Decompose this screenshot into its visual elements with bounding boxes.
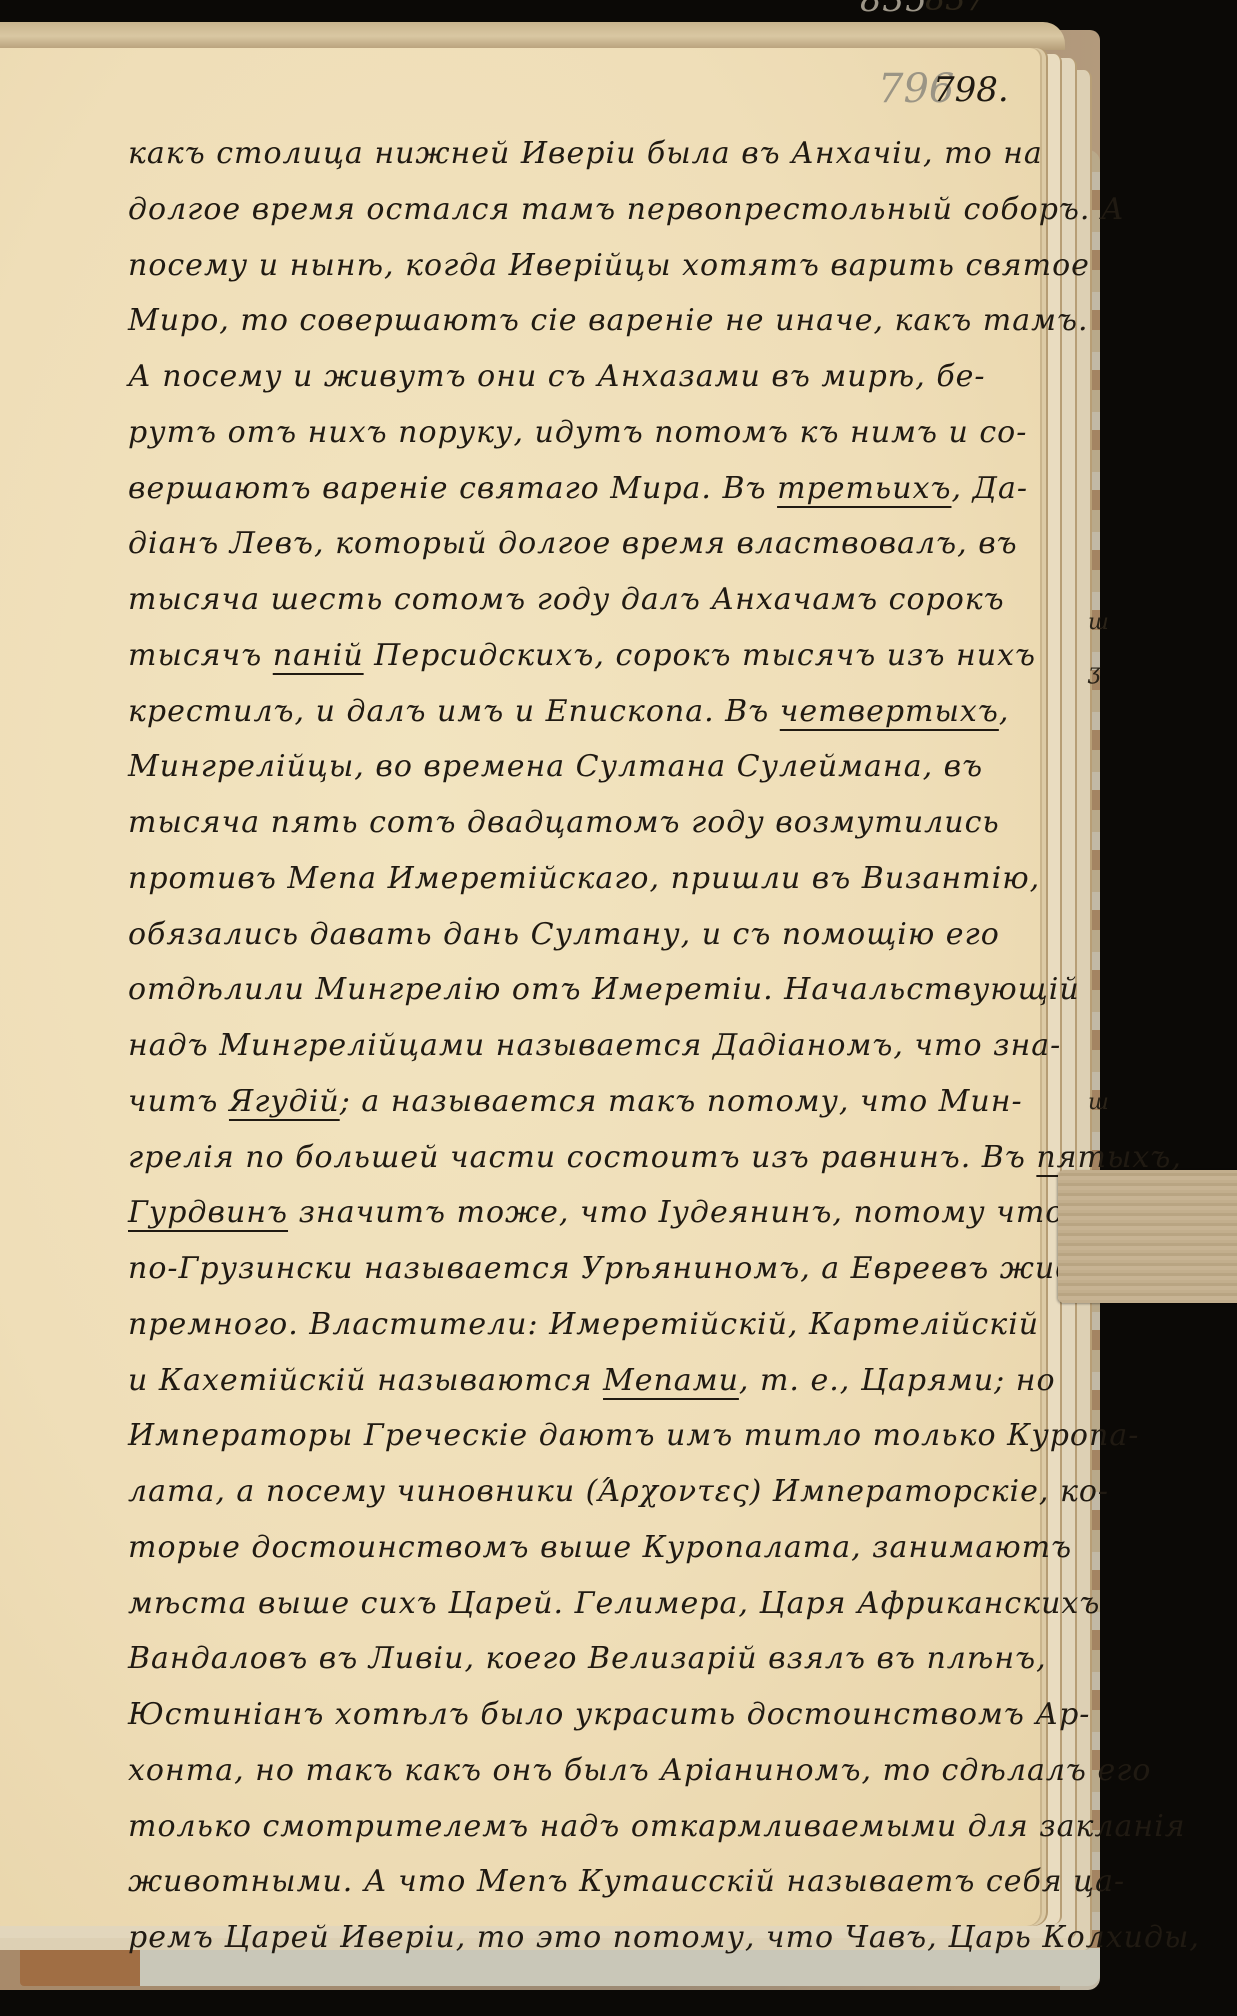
manuscript-line: Гурдвинъ значитъ тоже, что Іудеянинъ, по… xyxy=(128,1185,1048,1241)
underlined-word: Гурдвинъ xyxy=(128,1195,288,1230)
manuscript-line: торые достоинствомъ выше Куропалата, зан… xyxy=(128,1520,1048,1576)
underlined-word: третьихъ xyxy=(777,471,951,506)
manuscript-line: лата, а посему чиновники (Άρχοντες) Импе… xyxy=(128,1464,1048,1520)
manuscript-line: премного. Властители: Имеретійскій, Карт… xyxy=(128,1297,1048,1353)
manuscript-line: отдѣлили Мингрелію отъ Имеретіи. Начальс… xyxy=(128,962,1048,1018)
manuscript-line: хонта, но такъ какъ онъ былъ Аріаниномъ,… xyxy=(128,1743,1048,1799)
underlined-word: паній xyxy=(273,638,364,673)
manuscript-page: 796 798. какъ столица нижней Иверіи была… xyxy=(0,48,1040,1926)
manuscript-line: надъ Мингрелійцами называется Дадіаномъ,… xyxy=(128,1018,1048,1074)
manuscript-line: только смотрителемъ надъ откармливаемыми… xyxy=(128,1799,1048,1855)
handwritten-text-block: какъ столица нижней Иверіи была въ Анхач… xyxy=(128,126,1048,1966)
manuscript-line: рутъ отъ нихъ поруку, идутъ потомъ къ ни… xyxy=(128,405,1048,461)
manuscript-line: и Кахетійскій называются Мепами, т. е., … xyxy=(128,1353,1048,1409)
margin-mark: ʒ xyxy=(1088,660,1100,685)
manuscript-line: Вандаловъ въ Ливіи, коего Велизарій взял… xyxy=(128,1631,1048,1687)
manuscript-line: грелія по большей части состоитъ изъ рав… xyxy=(128,1130,1048,1186)
folio-number-pencil-old: 835 xyxy=(860,0,928,20)
manuscript-line: тысяча пять сотъ двадцатомъ году возмути… xyxy=(128,795,1048,851)
margin-mark: ш xyxy=(1088,1090,1109,1115)
manuscript-line: мѣста выше сихъ Царей. Гелимера, Царя Аф… xyxy=(128,1576,1048,1632)
manuscript-line: обязались давать дань Султану, и съ помо… xyxy=(128,907,1048,963)
manuscript-line: долгое время остался тамъ первопрестольн… xyxy=(128,182,1048,238)
manuscript-line: Миро, то совершаютъ сіе вареніе не иначе… xyxy=(128,293,1048,349)
folded-page-strip: 835 837 xyxy=(0,22,1065,50)
folio-number-ink: 798. xyxy=(933,70,1009,110)
manuscript-line: А посему и живутъ они съ Анхазами въ мир… xyxy=(128,349,1048,405)
underlined-word: Ягудій xyxy=(229,1084,340,1119)
manuscript-line: по-Грузински называется Урѣяниномъ, а Ев… xyxy=(128,1241,1048,1297)
manuscript-line: тысячъ паній Персидскихъ, сорокъ тысячъ … xyxy=(128,628,1048,684)
manuscript-line: Императоры Греческіе даютъ имъ титло тол… xyxy=(128,1408,1048,1464)
manuscript-line: какъ столица нижней Иверіи была въ Анхач… xyxy=(128,126,1048,182)
manuscript-line: посему и нынѣ, когда Иверійцы хотятъ вар… xyxy=(128,238,1048,294)
folio-number-ink-old: 837 xyxy=(925,0,986,18)
manuscript-line: вершаютъ вареніе святаго Мира. Въ третьи… xyxy=(128,461,1048,517)
underlined-word: четвертыхъ xyxy=(780,694,999,729)
margin-mark: ш xyxy=(1088,610,1109,635)
manuscript-line: Юстиніанъ хотѣлъ было украсить достоинст… xyxy=(128,1687,1048,1743)
manuscript-line: тысяча шесть сотомъ году далъ Анхачамъ с… xyxy=(128,572,1048,628)
manuscript-line: крестилъ, и далъ имъ и Епископа. Въ четв… xyxy=(128,684,1048,740)
underlined-word: Мепами xyxy=(603,1363,739,1398)
manuscript-line: читъ Ягудій; а называется такъ потому, ч… xyxy=(128,1074,1048,1130)
manuscript-line: животными. А что Мепъ Кутаисскій называе… xyxy=(128,1854,1048,1910)
manuscript-line: діанъ Левъ, который долгое время властво… xyxy=(128,516,1048,572)
wooden-bookmark-tab[interactable] xyxy=(1058,1170,1237,1303)
manuscript-line: противъ Мепа Имеретійскаго, пришли въ Ви… xyxy=(128,851,1048,907)
manuscript-line: ремъ Царей Иверіи, то это потому, что Ча… xyxy=(128,1910,1048,1966)
manuscript-line: Мингрелійцы, во времена Султана Сулейман… xyxy=(128,739,1048,795)
